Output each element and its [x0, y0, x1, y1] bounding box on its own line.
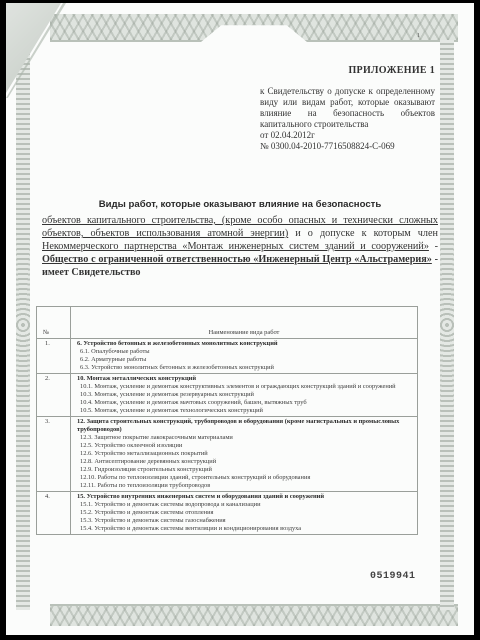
works-table: № Наименование вида работ 1.6. Устройств… [36, 306, 418, 535]
work-item: 10.1. Монтаж, усиление и демонтаж констр… [77, 383, 413, 391]
intro-company: Общество с ограниченной ответственностью… [42, 254, 432, 265]
work-item: 12.5. Устройство оклеечной изоляции [77, 442, 413, 450]
table-row: 1.6. Устройство бетонных и железобетонны… [37, 339, 418, 374]
ornamental-border-left [16, 40, 30, 610]
work-group-title: 15. Устройство внутренних инженерных сис… [77, 493, 413, 501]
intro-part-2: и о допуске к которым член [288, 228, 438, 239]
row-number: 3. [37, 417, 71, 492]
serial-number: 0519941 [370, 571, 416, 582]
work-item: 6.2. Арматурные работы [77, 356, 413, 364]
row-content: 6. Устройство бетонных и железобетонных … [71, 339, 418, 374]
row-content: 15. Устройство внутренних инженерных сис… [71, 492, 418, 535]
work-item: 6.1. Опалубочные работы [77, 348, 413, 356]
work-group-title: 10. Монтаж металлических конструкций [77, 375, 413, 383]
ornamental-border-bottom [50, 604, 458, 626]
document-heading: Виды работ, которые оказывают влияние на… [40, 199, 440, 210]
row-number: 2. [37, 374, 71, 417]
work-item: 15.3. Устройство и демонтаж системы газо… [77, 517, 413, 525]
work-item: 12.11. Работы по теплоизоляции трубопров… [77, 482, 413, 490]
intro-part-4: - [429, 241, 438, 252]
table-row: 3.12. Защита строительных конструкций, т… [37, 417, 418, 492]
work-group-title: 12. Защита строительных конструкций, тру… [77, 418, 413, 434]
ornamental-border-right [440, 40, 454, 610]
work-item: 12.9. Гидроизоляция строительных констру… [77, 466, 413, 474]
row-number: 1. [37, 339, 71, 374]
header-name: Наименование вида работ [71, 307, 418, 339]
annex-text: к Свидетельству о допуске к определенном… [260, 86, 435, 130]
work-item: 12.6. Устройство металлизационных покрыт… [77, 450, 413, 458]
intro-paragraph: объектов капитального строительства, (кр… [42, 214, 438, 279]
table-header-row: № Наименование вида работ [37, 307, 418, 339]
work-item: 12.3. Защитное покрытие лакокрасочными м… [77, 434, 413, 442]
work-group-title: 6. Устройство бетонных и железобетонных … [77, 340, 413, 348]
intro-partnership: Некоммерческого партнерства «Монтаж инже… [42, 241, 429, 252]
annex-block: ПРИЛОЖЕНИЕ 1 к Свидетельству о допуске к… [260, 65, 435, 152]
work-item: 15.2. Устройство и демонтаж системы отоп… [77, 509, 413, 517]
work-item: 10.3. Монтаж, усиление и демонтаж резерв… [77, 391, 413, 399]
annex-title: ПРИЛОЖЕНИЕ 1 [260, 65, 435, 76]
table-row: 4.15. Устройство внутренних инженерных с… [37, 492, 418, 535]
corner-mark: 1 [417, 33, 420, 39]
work-item: 12.10. Работы по теплоизоляции зданий, с… [77, 474, 413, 482]
annex-date: от 02.04.2012г [260, 130, 435, 141]
work-item: 15.4. Устройство и демонтаж системы вент… [77, 525, 413, 533]
row-number: 4. [37, 492, 71, 535]
annex-number: № 0300.04-2010-7716508824-С-069 [260, 141, 435, 152]
work-item: 10.4. Монтаж, усиление и демонтаж мачтов… [77, 399, 413, 407]
row-content: 10. Монтаж металлических конструкций10.1… [71, 374, 418, 417]
row-content: 12. Защита строительных конструкций, тру… [71, 417, 418, 492]
table-row: 2.10. Монтаж металлических конструкций10… [37, 374, 418, 417]
work-item: 12.8. Антисептирование деревянных констр… [77, 458, 413, 466]
work-item: 15.1. Устройство и демонтаж системы водо… [77, 501, 413, 509]
header-num: № [37, 307, 71, 339]
work-item: 6.3. Устройство монолитных бетонных и же… [77, 364, 413, 372]
work-item: 10.5. Монтаж, усиление и демонтаж технол… [77, 407, 413, 415]
